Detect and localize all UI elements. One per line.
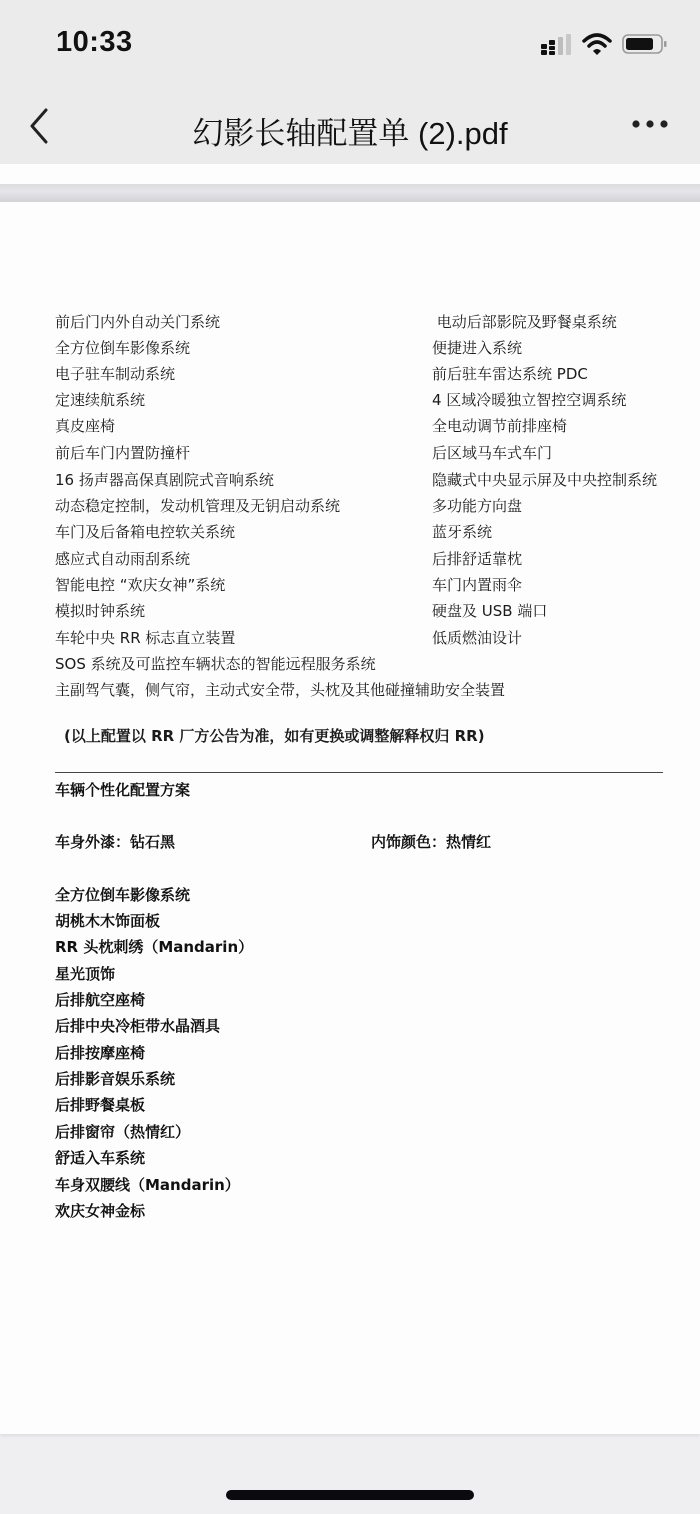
option-item: 后排野餐桌板 [55, 1095, 145, 1115]
status-bar: 10:33 [0, 0, 700, 90]
feature-item: 感应式自动雨刮系统 [55, 549, 190, 569]
feature-item: 模拟时钟系统 [55, 601, 145, 621]
feature-item: SOS 系统及可监控车辆状态的智能远程服务系统 [55, 654, 376, 674]
status-time: 10:33 [56, 26, 133, 59]
feature-item: 前后驻车雷达系统 PDC [432, 364, 588, 384]
option-item: 后排按摩座椅 [55, 1043, 145, 1063]
feature-item: 主副驾气囊，侧气帘，主动式安全带，头枕及其他碰撞辅助安全装置 [55, 680, 505, 700]
section-divider [55, 772, 663, 773]
feature-item: 定速续航系统 [55, 390, 145, 410]
feature-item: 电动后部影院及野餐桌系统 [432, 312, 617, 332]
feature-item: 智能电控 “欢庆女神”系统 [55, 575, 225, 595]
cellular-signal-icon [541, 34, 575, 56]
feature-item: 蓝牙系统 [432, 522, 492, 542]
feature-item: 车门及后备箱电控软关系统 [55, 522, 235, 542]
option-item: 星光顶饰 [55, 964, 115, 984]
personalization-heading: 车辆个性化配置方案 [55, 780, 190, 800]
option-item: 胡桃木木饰面板 [55, 911, 160, 931]
option-item: 全方位倒车影像系统 [55, 885, 190, 905]
feature-item: 电子驻车制动系统 [55, 364, 175, 384]
feature-item: 动态稳定控制，发动机管理及无钥启动系统 [55, 496, 340, 516]
feature-item: 便捷进入系统 [432, 338, 522, 358]
option-item: 后排中央冷柜带水晶酒具 [55, 1016, 220, 1036]
feature-item: 16 扬声器高保真剧院式音响系统 [55, 470, 274, 490]
previous-page-edge [0, 164, 700, 184]
wifi-icon [582, 32, 612, 56]
option-item: 车身双腰线（Mandarin） [55, 1175, 240, 1195]
battery-icon [622, 34, 668, 54]
pdf-page[interactable]: 前后门内外自动关门系统 全方位倒车影像系统 电子驻车制动系统 定速续航系统 真皮… [0, 202, 700, 1434]
feature-item: 真皮座椅 [55, 416, 115, 436]
page-separator [0, 184, 700, 202]
feature-item: 车轮中央 RR 标志直立装置 [55, 628, 235, 648]
feature-item: 隐藏式中央显示屏及中央控制系统 [432, 470, 657, 490]
option-item: 后排航空座椅 [55, 990, 145, 1010]
feature-item: 多功能方向盘 [432, 496, 522, 516]
feature-item: 4 区域冷暖独立智控空调系统 [432, 390, 626, 410]
feature-item: 车门内置雨伞 [432, 575, 522, 595]
feature-item: 后区域马车式车门 [432, 443, 552, 463]
document-title: 幻影长轴配置单 (2).pdf [0, 108, 700, 153]
disclaimer-note: (以上配置以 RR 厂方公告为准，如有更换或调整解释权归 RR) [64, 726, 485, 746]
feature-item: 全电动调节前排座椅 [432, 416, 567, 436]
exterior-paint: 车身外漆：钻石黑 [55, 832, 175, 852]
feature-item: 低质燃油设计 [432, 628, 522, 648]
feature-item: 前后车门内置防撞杆 [55, 443, 190, 463]
feature-item: 后排舒适靠枕 [432, 549, 522, 569]
nav-bar: 幻影长轴配置单 (2).pdf [0, 90, 700, 164]
ellipsis-icon [628, 112, 672, 136]
option-item: 欢庆女神金标 [55, 1201, 145, 1221]
option-item: 舒适入车系统 [55, 1148, 145, 1168]
option-item: 后排窗帘（热情红） [55, 1122, 190, 1142]
feature-item: 硬盘及 USB 端口 [432, 601, 547, 621]
feature-item: 前后门内外自动关门系统 [55, 312, 220, 332]
more-options-button[interactable] [628, 112, 672, 136]
home-indicator[interactable] [226, 1490, 474, 1500]
feature-item: 全方位倒车影像系统 [55, 338, 190, 358]
option-item: RR 头枕刺绣（Mandarin） [55, 937, 253, 957]
option-item: 后排影音娱乐系统 [55, 1069, 175, 1089]
interior-color: 内饰颜色：热情红 [371, 832, 491, 852]
